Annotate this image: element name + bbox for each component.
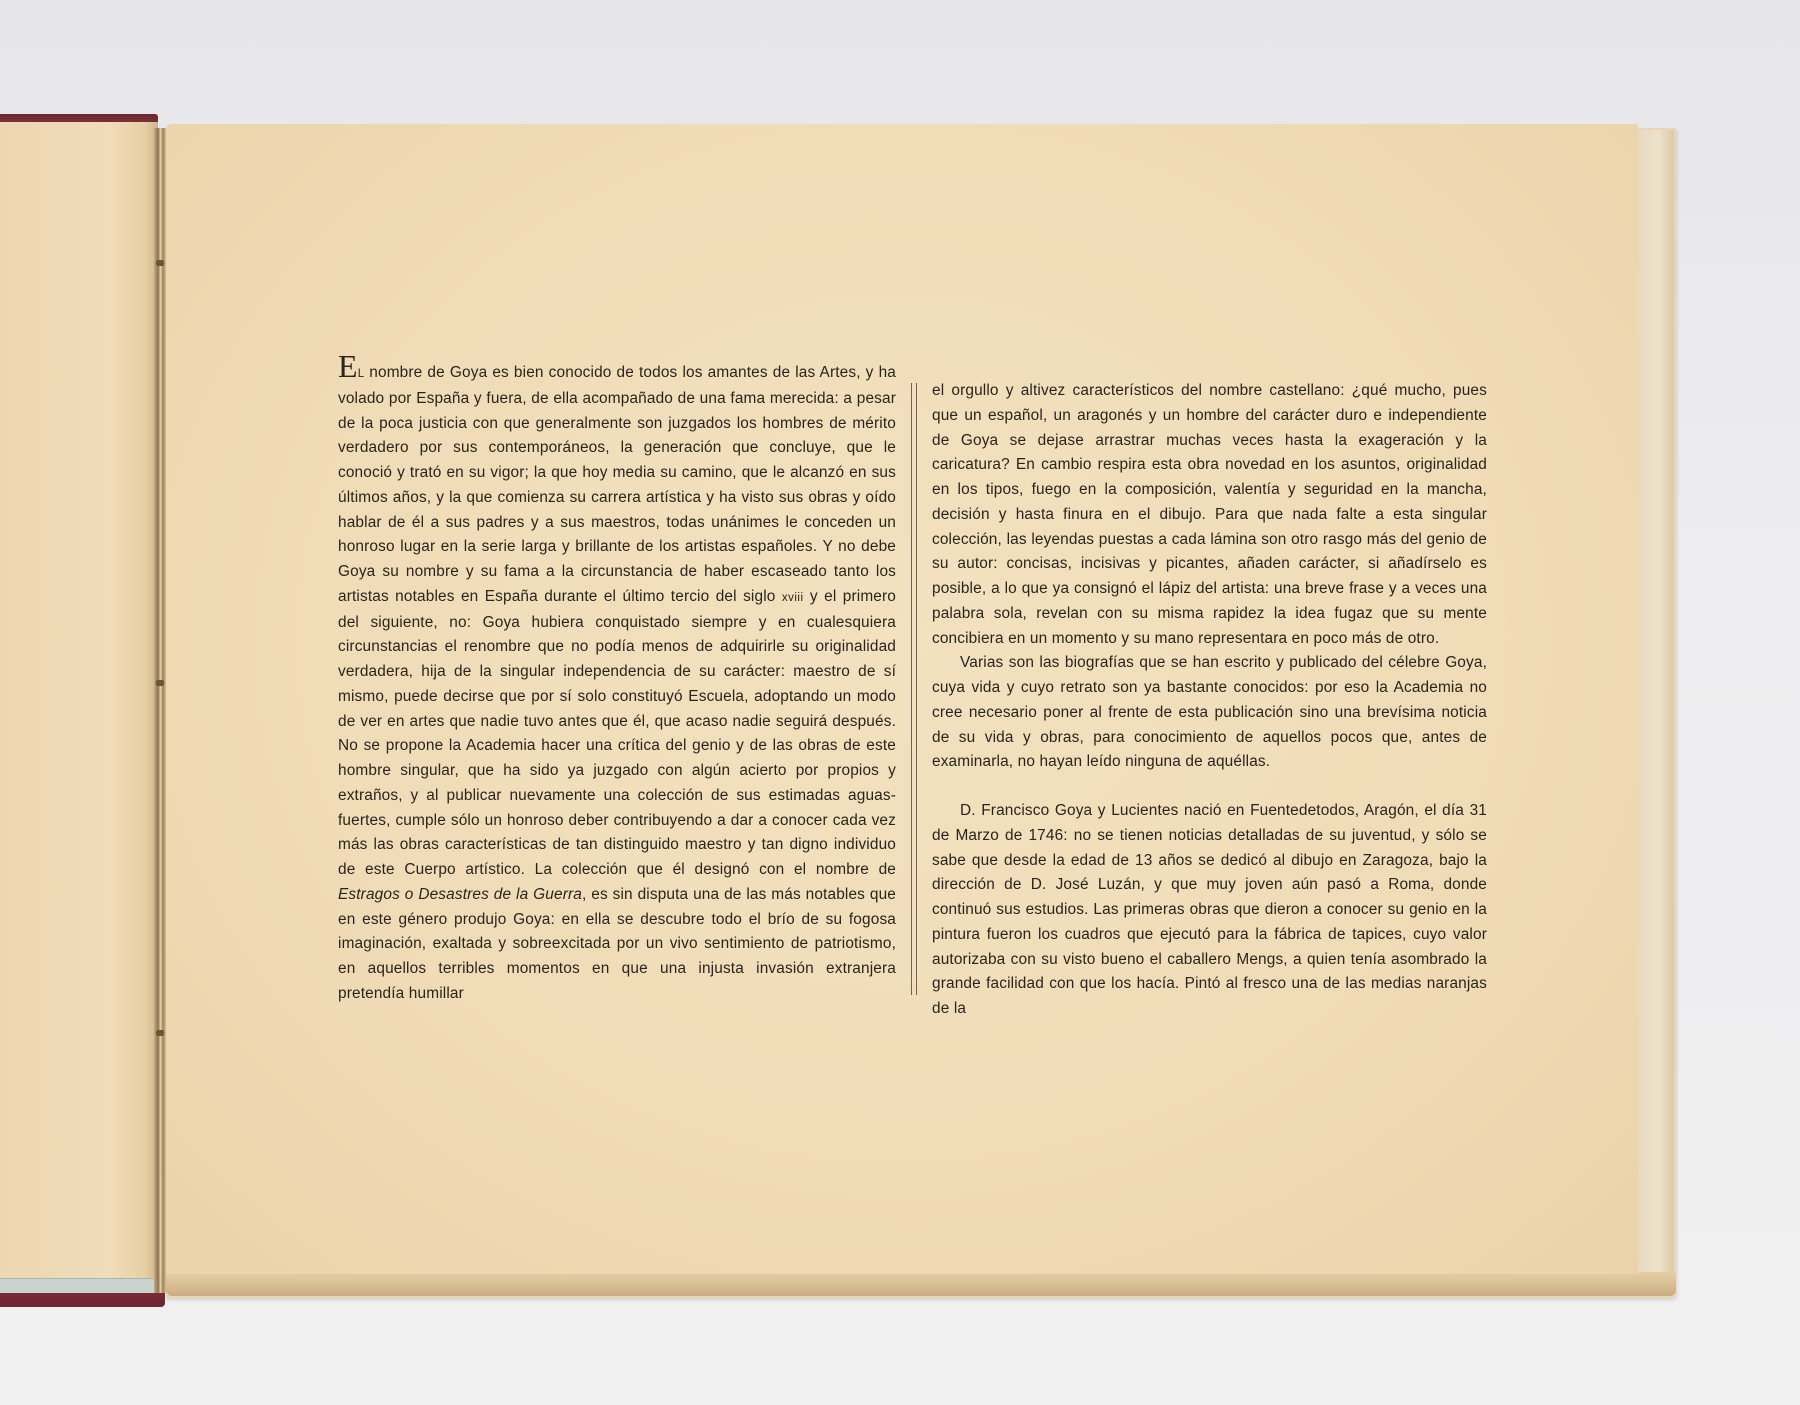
text-column-left: EL nombre de Goya es bien conocido de to… [338,356,896,1007]
text-column-right: el orgullo y altivez característicos del… [932,379,1487,1022]
paragraph: EL nombre de Goya es bien conocido de to… [338,356,896,1007]
left-page [0,122,158,1282]
page-block-fore-edge [1636,130,1674,1290]
page-block-bottom-edge [166,1272,1676,1296]
book-cover-bottom-edge [0,1293,165,1307]
drop-cap: E [338,348,358,384]
column-divider [911,383,917,995]
paragraph-gap [932,775,1487,799]
paragraph: el orgullo y altivez característicos del… [932,379,1487,651]
paragraph: Varias son las biografías que se han esc… [932,651,1487,775]
italic-title: Estragos o Desastres de la Guerra [338,886,582,903]
spine-gutter [154,128,166,1293]
paragraph-text: , es sin disputa una de las más notables… [338,886,896,1002]
paragraph-text: nombre de Goya es bien conocido de todos… [338,364,896,605]
century-numeral: xviii [782,592,804,604]
binding-stitch [156,1030,164,1036]
binding-stitch [156,680,164,686]
paragraph-text: y el primero del siguiente, no: Goya hub… [338,588,896,878]
paragraph: D. Francisco Goya y Lucientes nació en F… [932,799,1487,1022]
binding-stitch [156,260,164,266]
